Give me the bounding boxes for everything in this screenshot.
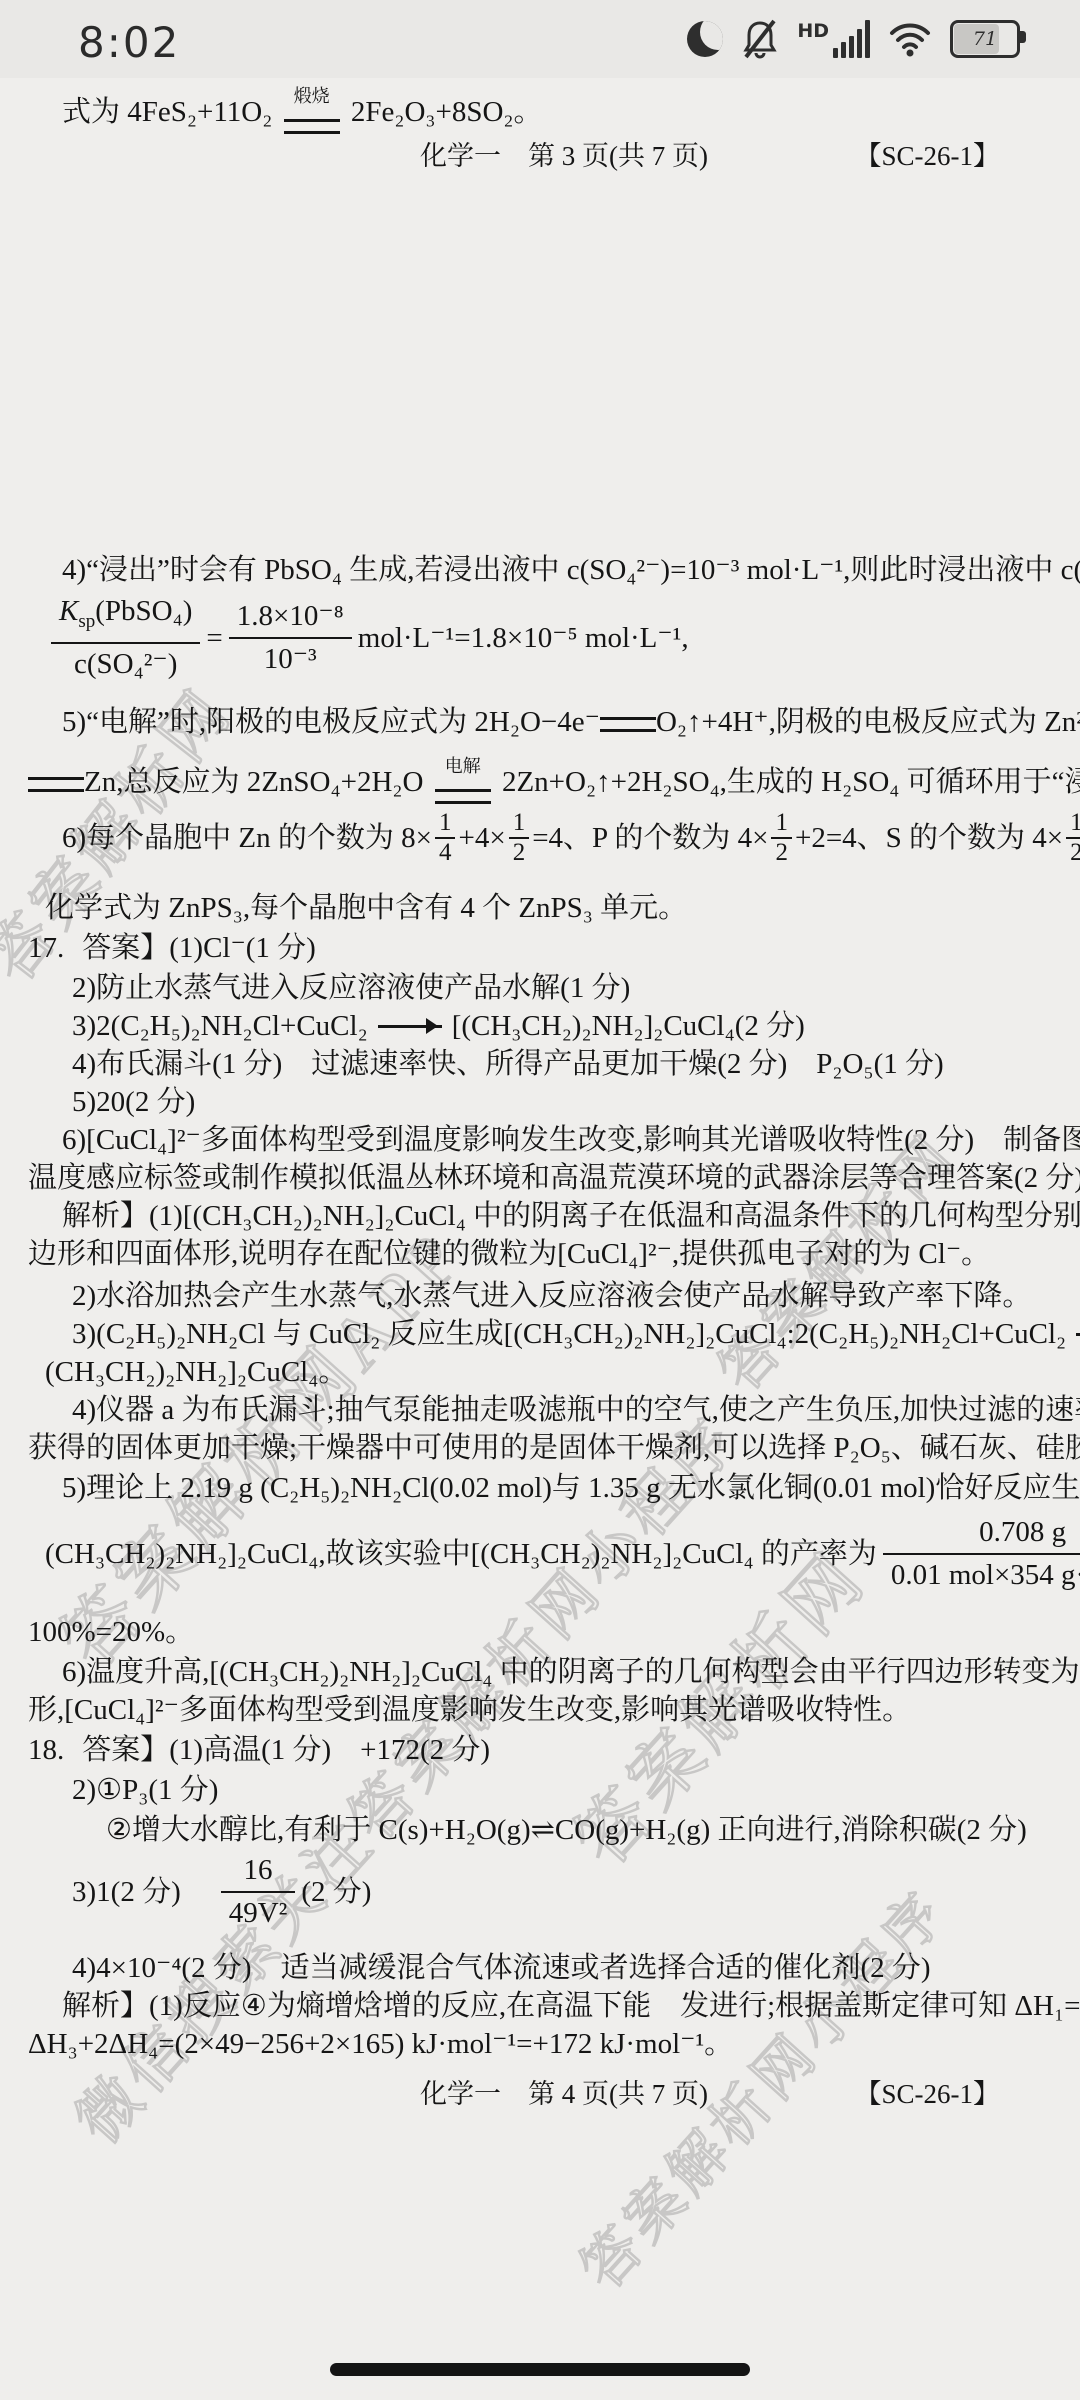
doc-line: 3)(C₂H₅)₂NH₂Cl 与 CuCl₂ 反应生成[(CH₃CH₂)₂NH₂… xyxy=(72,1316,1052,1353)
doc-line: ②增大水醇比,有利于 C(s)+H₂O(g)⇌CO(g)+H₂(g) 正向进行,… xyxy=(106,1812,1052,1849)
yield-fraction: 0.708 g 0.01 mol×354 g·mol⁻¹ xyxy=(883,1514,1080,1594)
doc-line-yield-fraction: (CH₃CH₂)₂NH₂]₂CuCl₄,故该实验中[(CH₃CH₂)₂NH₂]₂… xyxy=(45,1506,1052,1602)
reaction-arrow xyxy=(378,1025,442,1028)
wifi-icon xyxy=(888,20,932,58)
battery-icon: 71 xyxy=(950,20,1020,58)
doc-line: 4)4×10⁻⁴(2 分) 适当减缓混合气体流速或者选择合适的催化剂(2 分) xyxy=(72,1950,1052,1987)
reaction-arrow xyxy=(1076,1333,1080,1336)
doc-line: 形,[CuCl₄]²⁻多面体构型受到温度影响发生改变,影响其光谱吸收特性。 xyxy=(28,1692,1052,1729)
cellular-signal: HD xyxy=(797,20,870,58)
question-number: 18. xyxy=(28,1734,64,1766)
home-indicator[interactable] xyxy=(330,2363,750,2376)
doc-line: 4)布氏漏斗(1 分) 过滤速率快、所得产品更加干燥(2 分) P₂O₅(1 分… xyxy=(72,1046,1052,1083)
reaction-condition-bond: 煅烧 xyxy=(284,86,340,143)
signal-bars-icon xyxy=(833,20,870,58)
page3-footer-code: 【SC-26-1】 xyxy=(854,134,1000,173)
double-bond xyxy=(28,777,84,792)
doc-line: 解析】(1)[(CH₃CH₂)₂NH₂]₂CuCl₄ 中的阴离子在低温和高温条件… xyxy=(62,1198,1052,1235)
v-fraction: 16 49V² xyxy=(221,1852,296,1932)
battery-percent: 71 xyxy=(973,28,997,50)
clock: 8:02 xyxy=(78,18,180,67)
page3-footer-title: 化学一 第 3 页(共 7 页) xyxy=(420,134,708,173)
doc-line-q17: 17.答案】(1)Cl⁻(1 分) xyxy=(28,930,1052,967)
doc-line: 解析】(1)反应④为熵增焓增的反应,在高温下能 发进行;根据盖斯定律可知 ΔH₁… xyxy=(62,1988,1052,2025)
doc-line: 化学式为 ZnPS₃,每个晶胞中含有 4 个 ZnPS₃ 单元。 xyxy=(45,890,1052,927)
doc-line: 5)20(2 分) xyxy=(72,1084,1052,1121)
doc-line: 6)[CuCl₄]²⁻多面体构型受到温度影响发生改变,影响其光谱吸收特性(2 分… xyxy=(62,1122,1052,1159)
hd-label: HD xyxy=(797,20,829,42)
doc-line: 5)理论上 2.19 g (C₂H₅)₂NH₂Cl(0.02 mol)与 1.3… xyxy=(62,1470,1052,1507)
doc-line: 温度感应标签或制作模拟低温丛林环境和高温荒漠环境的武器涂层等合理答案(2 分) xyxy=(28,1160,1052,1197)
doc-line: 5)“电解”时,阳极的电极反应式为 2H₂O−4e⁻O₂↑+4H⁺,阴极的电极反… xyxy=(62,704,1052,741)
doc-line: 4)“浸出”时会有 PbSO₄ 生成,若浸出液中 c(SO₄²⁻)=10⁻³ m… xyxy=(62,552,1052,589)
doc-line: 3)2(C₂H₅)₂NH₂Cl+CuCl₂[(CH₃CH₂)₂NH₂]₂CuCl… xyxy=(72,1008,1052,1045)
doc-line: 获得的固体更加干燥;干燥器中可使用的是固体干燥剂,可以选择 P₂O₅、碱石灰、硅… xyxy=(28,1430,1052,1467)
doc-line: 2)①P₃(1 分) xyxy=(72,1772,1052,1809)
doc-line: (CH₃CH₂)₂NH₂]₂CuCl₄。 xyxy=(45,1354,1052,1391)
doc-line: 6)温度升高,[(CH₃CH₂)₂NH₂]₂CuCl₄ 中的阴离子的几何构型会由… xyxy=(62,1654,1052,1691)
document-page: 答案解析网 答案解析网APP 答案解析网 微信搜索关注答案解析网小程序 答案解析… xyxy=(0,78,1080,2400)
doc-line: 100%=20%。 xyxy=(28,1614,1052,1651)
question-number: 17. xyxy=(28,932,64,964)
do-not-disturb-moon-icon xyxy=(687,21,723,57)
double-bond xyxy=(600,717,656,732)
doc-line: 4)仪器 a 为布氏漏斗;抽气泵能抽走吸滤瓶中的空气,使之产生负压,加快过滤的速… xyxy=(72,1392,1052,1429)
doc-line: ΔH₃+2ΔH₄=(2×49−256+2×165) kJ·mol⁻¹=+172 … xyxy=(28,2026,1052,2063)
page4-footer-title: 化学一 第 4 页(共 7 页) xyxy=(420,2072,708,2111)
doc-line-v-fraction: 3)1(2 分) 16 49V² (2 分) xyxy=(72,1846,1052,1938)
doc-line-q18: 18.答案】(1)高温(1 分) +172(2 分) xyxy=(28,1732,1052,1769)
bell-muted-icon xyxy=(741,19,779,59)
doc-line-fraction: Ksp(PbSO₄) c(SO₄²⁻) = 1.8×10⁻⁸ 10⁻³ mol·… xyxy=(45,590,1052,686)
doc-line: 2)防止水蒸气进入反应溶液使产品水解(1 分) xyxy=(72,970,1052,1007)
ksp-fraction: Ksp(PbSO₄) c(SO₄²⁻) xyxy=(51,593,200,683)
doc-line: 2)水浴加热会产生水蒸气,水蒸气进入反应溶液会使产品水解导致产率下降。 xyxy=(72,1278,1052,1315)
page4-footer-code: 【SC-26-1】 xyxy=(854,2072,1000,2111)
doc-line: 边形和四面体形,说明存在配位键的微粒为[CuCl₄]²⁻,提供孤电子对的为 Cl… xyxy=(28,1236,1052,1273)
value-fraction: 1.8×10⁻⁸ 10⁻³ xyxy=(229,598,352,678)
status-icons: HD 71 xyxy=(687,16,1020,62)
status-bar: 8:02 HD 71 xyxy=(0,0,1080,78)
doc-line-cell-counts: 6)每个晶胞中 Zn 的个数为 8× 14 +4× 12 =4、P 的个数为 4… xyxy=(62,796,1052,880)
